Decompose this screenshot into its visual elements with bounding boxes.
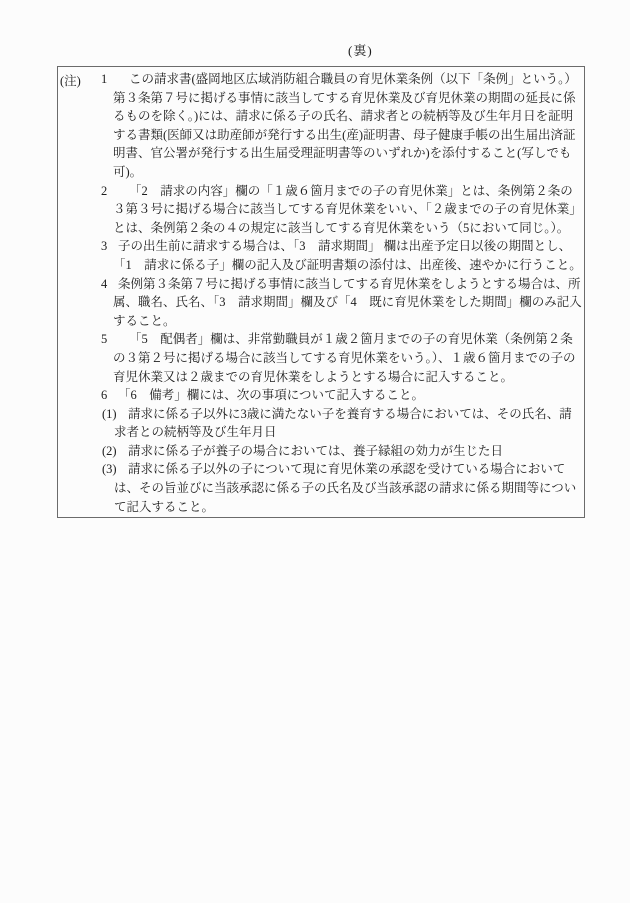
note-item-3: 3 子の出生前に請求する場合は、「3 請求期間」 欄は出産予定日以後の期間とし、…: [58, 237, 584, 274]
page-side-label: (裏): [348, 43, 373, 59]
item-text: 「5 配偶者」欄は、非常勤職員が１歳２箇月までの子の育児休業（条例第２条の３第２…: [113, 330, 583, 386]
note-subitem-6-2: (2) 請求に係る子が養子の場合においては、養子縁組の効力が生じた日: [58, 442, 584, 461]
subitem-marker: (1): [102, 405, 120, 424]
item-number: 1: [101, 70, 115, 89]
item-text: 「6 備考」欄には、次の事項について記入すること。: [113, 386, 583, 405]
subitem-text: 請求に係る子以外の子について現に育児休業の承認を受けている場合においては、その旨…: [114, 460, 582, 516]
notes-box: (注) 1 この請求書(盛岡地区広域消防組合職員の育児休業条例（以下「条例」とい…: [57, 66, 585, 518]
item-number: 5: [101, 330, 115, 349]
subitem-text: 請求に係る子が養子の場合においては、養子縁組の効力が生じた日: [114, 442, 582, 461]
note-subitem-6-3: (3) 請求に係る子以外の子について現に育児休業の承認を受けている場合においては…: [58, 460, 584, 516]
item-text: この請求書(盛岡地区広域消防組合職員の育児休業条例（以下「条例」という。）第３条…: [113, 70, 583, 182]
item-number: 7: [101, 516, 115, 518]
item-text: 条例第３条第７号に掲げる事情に該当してする育児休業をしようとする場合は、所属、職…: [113, 275, 583, 331]
item-number: 3: [101, 237, 115, 256]
item-text: 子の出生前に請求する場合は、「3 請求期間」 欄は出産予定日以後の期間とし、「1…: [113, 237, 583, 274]
subitem-marker: (3): [102, 460, 120, 479]
note-subitem-6-1: (1) 請求に係る子以外に3歳に満たない子を養育する場合においては、その氏名、請…: [58, 405, 584, 442]
note-item-5: 5 「5 配偶者」欄は、非常勤職員が１歳２箇月までの子の育児休業（条例第２条の３…: [58, 330, 584, 386]
document-page: (裏) (注) 1 この請求書(盛岡地区広域消防組合職員の育児休業条例（以下「条…: [0, 0, 630, 903]
item-number: 4: [101, 275, 115, 294]
subitem-text: 請求に係る子以外に3歳に満たない子を養育する場合においては、その氏名、請求者との…: [114, 405, 582, 442]
item-text: 該当する□にはレ印を付すること。: [113, 516, 583, 518]
note-item-1: 1 この請求書(盛岡地区広域消防組合職員の育児休業条例（以下「条例」という。）第…: [58, 70, 584, 182]
item-number: 2: [101, 182, 115, 201]
item-text: 「2 請求の内容」欄の「１歳６箇月までの子の育児休業」とは、条例第２条の３第３号…: [113, 182, 583, 238]
note-item-4: 4 条例第３条第７号に掲げる事情に該当してする育児休業をしようとする場合は、所属…: [58, 275, 584, 331]
note-item-7: 7 該当する□にはレ印を付すること。: [58, 516, 584, 518]
item-number: 6: [101, 386, 115, 405]
note-item-6: 6 「6 備考」欄には、次の事項について記入すること。: [58, 386, 584, 405]
subitem-marker: (2): [102, 442, 120, 461]
note-item-2: 2 「2 請求の内容」欄の「１歳６箇月までの子の育児休業」とは、条例第２条の３第…: [58, 182, 584, 238]
